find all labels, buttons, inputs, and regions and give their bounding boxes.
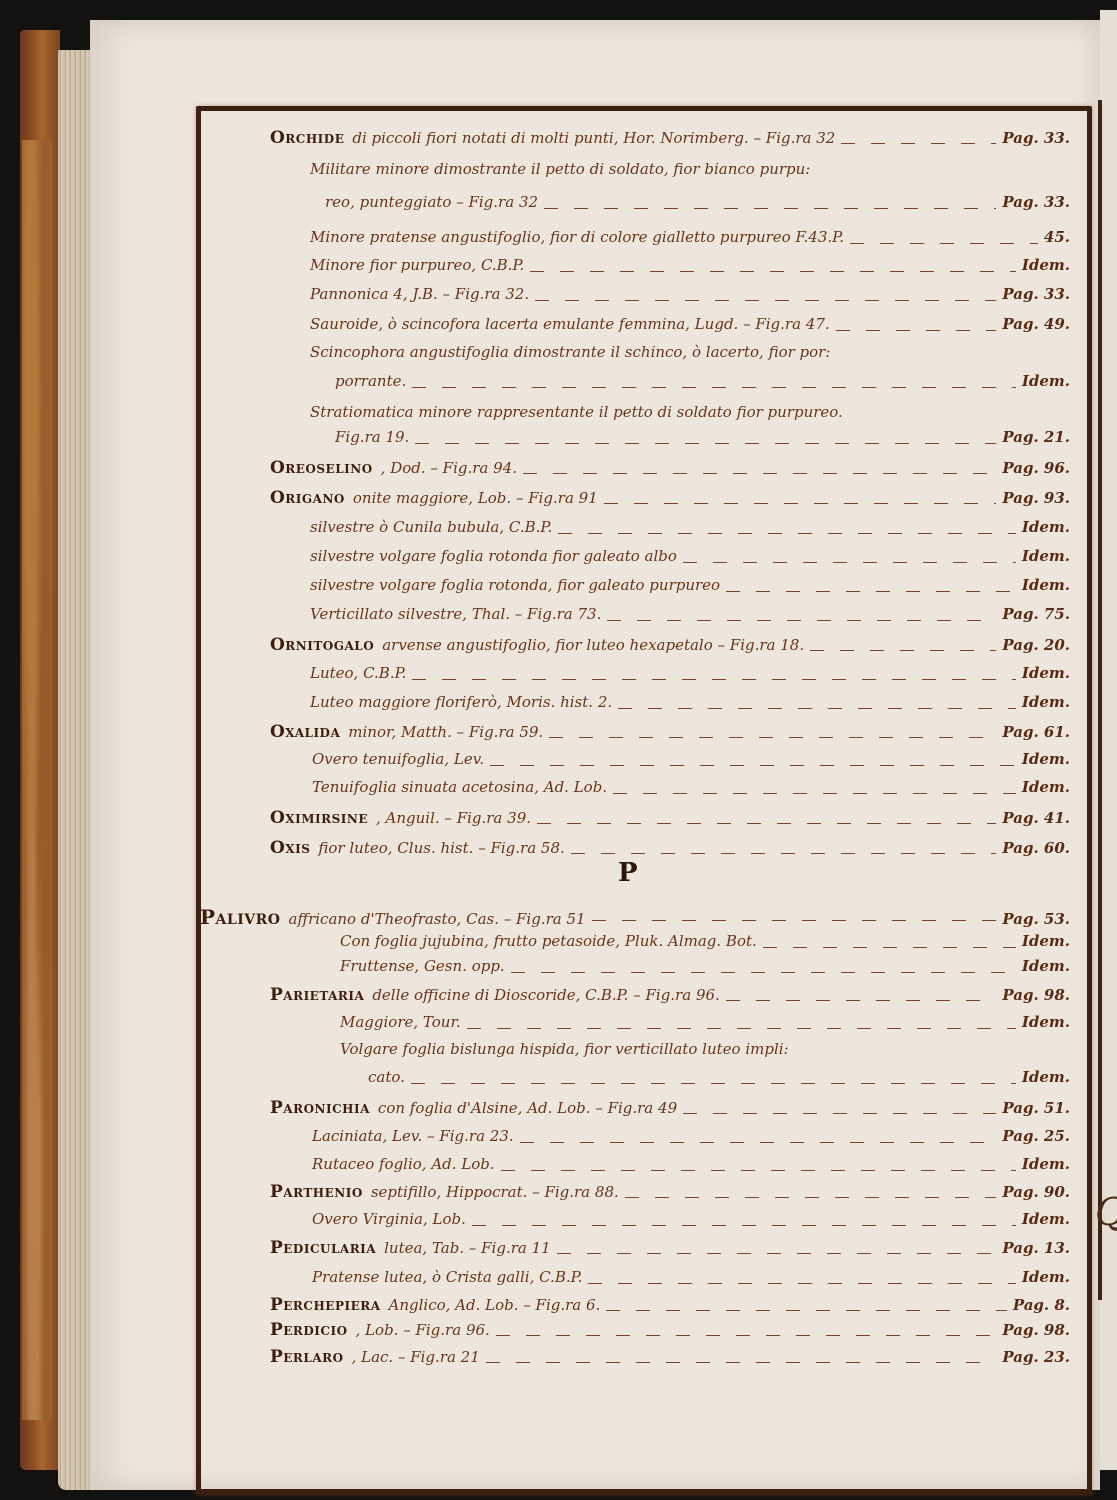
entry-ref: Idem. — [1022, 750, 1070, 768]
entry-row: Tenuifoglia sinuata acetosina, Ad. Lob.I… — [312, 778, 1070, 808]
entry-text: Sauroide, ò scincofora lacerta emulante … — [310, 315, 830, 333]
dot-leader — [604, 503, 997, 504]
entry-row: Volgare foglia bislunga hispida, fior ve… — [340, 1040, 1070, 1070]
entry-text: Pratense lutea, ò Crista galli, C.B.P. — [312, 1268, 582, 1286]
entry-text: Overo tenuifoglia, Lev. — [312, 750, 484, 768]
entry-row: Laciniata, Lev. – Fig.ra 23.Pag. 25. — [312, 1127, 1070, 1157]
entry-text: Anglico, Ad. Lob. – Fig.ra 6. — [389, 1296, 601, 1314]
entry-ref: Pag. 51. — [1002, 1099, 1070, 1117]
entry-text: septifillo, Hippocrat. – Fig.ra 88. — [371, 1183, 619, 1201]
dot-leader — [411, 1083, 1016, 1084]
entry-text: fior luteo, Clus. hist. – Fig.ra 58. — [318, 839, 564, 857]
entry-row: Oreoselino, Dod. – Fig.ra 94.Pag. 96. — [270, 458, 1070, 488]
entry-head: Orchide — [270, 128, 344, 148]
dot-leader — [501, 1170, 1016, 1171]
entry-ref: Pag. 13. — [1002, 1239, 1070, 1257]
dot-leader — [763, 947, 1016, 948]
entry-row: porrante.Idem. — [335, 372, 1070, 402]
entry-ref: Idem. — [1022, 547, 1070, 565]
entry-ref: 45. — [1044, 228, 1070, 246]
dot-leader — [520, 1142, 997, 1143]
entry-head: Origano — [270, 488, 345, 508]
dot-leader — [535, 300, 996, 301]
entry-text: Laciniata, Lev. – Fig.ra 23. — [312, 1127, 514, 1145]
entry-row: Minore fior purpureo, C.B.P.Idem. — [310, 256, 1070, 286]
entry-text: con foglia d'Alsine, Ad. Lob. – Fig.ra 4… — [378, 1099, 677, 1117]
entry-row: Orchidedi piccoli fiori notati di molti … — [270, 128, 1070, 158]
entry-ref: Idem. — [1022, 1013, 1070, 1031]
entry-ref: Pag. 96. — [1002, 459, 1070, 477]
entry-text: Luteo, C.B.P. — [310, 664, 406, 682]
entry-text: Pannonica 4, J.B. – Fig.ra 32. — [310, 285, 529, 303]
entry-head: Oxalida — [270, 722, 340, 742]
entry-text: cato. — [368, 1068, 405, 1086]
entry-text: porrante. — [335, 372, 406, 390]
entry-ref: Pag. 33. — [1002, 285, 1070, 303]
entry-row: Luteo maggiore floriferò, Moris. hist. 2… — [310, 693, 1070, 723]
entry-row: Scincophora angustifoglia dimostrante il… — [310, 343, 1070, 373]
entry-ref: Pag. 98. — [1002, 1321, 1070, 1339]
entry-ref: Pag. 23. — [1002, 1348, 1070, 1366]
entry-text: minor, Matth. – Fig.ra 59. — [348, 723, 543, 741]
entry-row: Palivroaffricano d'Theofrasto, Cas. – Fi… — [200, 905, 1070, 935]
dot-leader — [549, 737, 996, 738]
entry-ref: Pag. 60. — [1002, 839, 1070, 857]
entry-text: Minore fior purpureo, C.B.P. — [310, 256, 524, 274]
entry-text: Con foglia jujubina, frutto petasoide, P… — [340, 932, 757, 950]
entry-text: Militare minore dimostrante il petto di … — [310, 160, 810, 178]
entry-row: Overo Virginia, Lob.Idem. — [312, 1210, 1070, 1240]
dot-leader — [496, 1335, 997, 1336]
entry-row: Pratense lutea, ò Crista galli, C.B.P.Id… — [312, 1268, 1070, 1298]
dot-leader — [467, 1028, 1016, 1029]
entry-text: Fruttense, Gesn. opp. — [340, 957, 505, 975]
entry-head: Oximirsine — [270, 808, 368, 828]
dot-leader — [588, 1283, 1015, 1284]
entry-text: , Anguil. – Fig.ra 39. — [376, 809, 531, 827]
entry-text: Verticillato silvestre, Thal. – Fig.ra 7… — [310, 605, 601, 623]
entry-row: Oxalidaminor, Matth. – Fig.ra 59.Pag. 61… — [270, 722, 1070, 752]
entry-ref: Idem. — [1022, 1068, 1070, 1086]
entry-row: silvestre volgare foglia rotonda fior ga… — [310, 547, 1070, 577]
entry-ref: Pag. 98. — [1002, 986, 1070, 1004]
dot-leader — [558, 533, 1016, 534]
dot-leader — [613, 793, 1016, 794]
entry-head: Perlaro — [270, 1347, 344, 1367]
dot-leader — [592, 920, 997, 921]
entry-ref: Idem. — [1022, 778, 1070, 796]
dot-leader — [511, 972, 1016, 973]
dot-leader — [530, 271, 1016, 272]
index-entries: Orchidedi piccoli fiori notati di molti … — [0, 0, 1117, 1500]
dot-leader — [607, 620, 996, 621]
entry-row: Sauroide, ò scincofora lacerta emulante … — [310, 315, 1070, 345]
entry-ref: Pag. 75. — [1002, 605, 1070, 623]
entry-text: Minore pratense angustifoglio, fior di c… — [310, 228, 844, 246]
dot-leader — [412, 679, 1015, 680]
entry-head: Perchepiera — [270, 1295, 381, 1315]
dot-leader — [841, 143, 996, 144]
entry-ref: Pag. 20. — [1002, 636, 1070, 654]
entry-ref: Pag. 49. — [1002, 315, 1070, 333]
entry-row: Fig.ra 19.Pag. 21. — [335, 428, 1070, 458]
dot-leader — [810, 650, 996, 651]
entry-row: Paronichiacon foglia d'Alsine, Ad. Lob. … — [270, 1098, 1070, 1128]
dot-leader — [726, 1000, 997, 1001]
entry-row: Pedicularialutea, Tab. – Fig.ra 11Pag. 1… — [270, 1238, 1070, 1268]
entry-text: , Dod. – Fig.ra 94. — [381, 459, 517, 477]
dot-leader — [472, 1225, 1016, 1226]
dot-leader — [415, 443, 996, 444]
entry-text: affricano d'Theofrasto, Cas. – Fig.ra 51 — [289, 910, 586, 928]
entry-text: Luteo maggiore floriferò, Moris. hist. 2… — [310, 693, 612, 711]
entry-ref: Idem. — [1022, 932, 1070, 950]
dot-leader — [850, 243, 1038, 244]
dot-leader — [618, 708, 1016, 709]
entry-ref: Pag. 33. — [1002, 129, 1070, 147]
entry-text: Overo Virginia, Lob. — [312, 1210, 466, 1228]
entry-row: Verticillato silvestre, Thal. – Fig.ra 7… — [310, 605, 1070, 635]
entry-row: Rutaceo foglio, Ad. Lob.Idem. — [312, 1155, 1070, 1185]
entry-text: , Lob. – Fig.ra 96. — [356, 1321, 490, 1339]
entry-ref: Pag. 53. — [1002, 910, 1070, 928]
entry-row: Overo tenuifoglia, Lev.Idem. — [312, 750, 1070, 780]
entry-row: Oximirsine, Anguil. – Fig.ra 39.Pag. 41. — [270, 808, 1070, 838]
entry-text: lutea, Tab. – Fig.ra 11 — [384, 1239, 551, 1257]
entry-text: Fig.ra 19. — [335, 428, 409, 446]
entry-text: delle officine di Dioscoride, C.B.P. – F… — [372, 986, 719, 1004]
entry-ref: Pag. 90. — [1002, 1183, 1070, 1201]
entry-ref: Idem. — [1022, 957, 1070, 975]
entry-text: Rutaceo foglio, Ad. Lob. — [312, 1155, 495, 1173]
entry-ref: Idem. — [1022, 372, 1070, 390]
dot-leader — [625, 1197, 997, 1198]
entry-ref: Pag. 8. — [1013, 1296, 1070, 1314]
entry-head: Paronichia — [270, 1098, 370, 1118]
entry-text: Scincophora angustifoglia dimostrante il… — [310, 343, 830, 361]
entry-row: silvestre ò Cunila bubula, C.B.P.Idem. — [310, 518, 1070, 548]
entry-ref: Pag. 25. — [1002, 1127, 1070, 1145]
entry-row: cato.Idem. — [368, 1068, 1070, 1098]
entry-row: Maggiore, Tour.Idem. — [340, 1013, 1070, 1043]
entry-row: Origanoonite maggiore, Lob. – Fig.ra 91P… — [270, 488, 1070, 518]
entry-ref: Idem. — [1022, 664, 1070, 682]
entry-ref: Idem. — [1022, 1210, 1070, 1228]
dot-leader — [486, 1362, 997, 1363]
entry-ref: Pag. 41. — [1002, 809, 1070, 827]
entry-head: Perdicio — [270, 1320, 348, 1340]
entry-head: Oreoselino — [270, 458, 373, 478]
entry-row: Perdicio, Lob. – Fig.ra 96.Pag. 98. — [270, 1320, 1070, 1350]
entry-text: Maggiore, Tour. — [340, 1013, 461, 1031]
entry-ref: Pag. 93. — [1002, 489, 1070, 507]
entry-row: Ornitogaloarvense angustifoglio, fior lu… — [270, 635, 1070, 665]
entry-head: Ornitogalo — [270, 635, 374, 655]
entry-row: Perlaro, Lac. – Fig.ra 21Pag. 23. — [270, 1347, 1070, 1377]
entry-row: silvestre volgare foglia rotonda, fior g… — [310, 576, 1070, 606]
entry-row: Pannonica 4, J.B. – Fig.ra 32.Pag. 33. — [310, 285, 1070, 315]
entry-text: reo, punteggiato – Fig.ra 32 — [325, 193, 538, 211]
entry-row: reo, punteggiato – Fig.ra 32Pag. 33. — [325, 193, 1070, 223]
entry-head: Parietaria — [270, 985, 364, 1005]
dot-leader — [606, 1310, 1007, 1311]
dot-leader — [683, 562, 1016, 563]
dot-leader — [523, 473, 996, 474]
dot-leader — [836, 330, 997, 331]
entry-text: onite maggiore, Lob. – Fig.ra 91 — [353, 489, 598, 507]
entry-row: Minore pratense angustifoglio, fior di c… — [310, 228, 1070, 258]
entry-ref: Idem. — [1022, 576, 1070, 594]
dot-leader — [726, 591, 1016, 592]
entry-ref: Idem. — [1022, 1268, 1070, 1286]
dot-leader — [537, 823, 996, 824]
entry-ref: Pag. 21. — [1002, 428, 1070, 446]
entry-row: Oxisfior luteo, Clus. hist. – Fig.ra 58.… — [270, 838, 1070, 868]
entry-text: silvestre volgare foglia rotonda, fior g… — [310, 576, 720, 594]
entry-text: Tenuifoglia sinuata acetosina, Ad. Lob. — [312, 778, 607, 796]
entry-ref: Idem. — [1022, 693, 1070, 711]
entry-row: Parietariadelle officine di Dioscoride, … — [270, 985, 1070, 1015]
dot-leader — [544, 208, 996, 209]
entry-ref: Idem. — [1022, 1155, 1070, 1173]
entry-text: silvestre volgare foglia rotonda fior ga… — [310, 547, 677, 565]
entry-ref: Pag. 33. — [1002, 193, 1070, 211]
entry-text: silvestre ò Cunila bubula, C.B.P. — [310, 518, 552, 536]
entry-row: Luteo, C.B.P.Idem. — [310, 664, 1070, 694]
entry-head: Pedicularia — [270, 1238, 376, 1258]
entry-text: Stratiomatica minore rappresentante il p… — [310, 403, 843, 421]
entry-head: Parthenio — [270, 1182, 363, 1202]
entry-head: Oxis — [270, 838, 310, 858]
entry-ref: Idem. — [1022, 256, 1070, 274]
dot-leader — [683, 1113, 996, 1114]
entry-row: Fruttense, Gesn. opp.Idem. — [340, 957, 1070, 987]
entry-text: , Lac. – Fig.ra 21 — [352, 1348, 480, 1366]
entry-text: Volgare foglia bislunga hispida, fior ve… — [340, 1040, 789, 1058]
entry-row: Parthenioseptifillo, Hippocrat. – Fig.ra… — [270, 1182, 1070, 1212]
entry-row: Militare minore dimostrante il petto di … — [310, 160, 1070, 190]
dot-leader — [490, 765, 1016, 766]
entry-text: arvense angustifoglio, fior luteo hexape… — [382, 636, 804, 654]
entry-ref: Idem. — [1022, 518, 1070, 536]
entry-head: Palivro — [200, 905, 281, 929]
dot-leader — [571, 853, 997, 854]
entry-ref: Pag. 61. — [1002, 723, 1070, 741]
entry-text: di piccoli fiori notati di molti punti, … — [352, 129, 835, 147]
dot-leader — [557, 1253, 997, 1254]
dot-leader — [412, 387, 1016, 388]
